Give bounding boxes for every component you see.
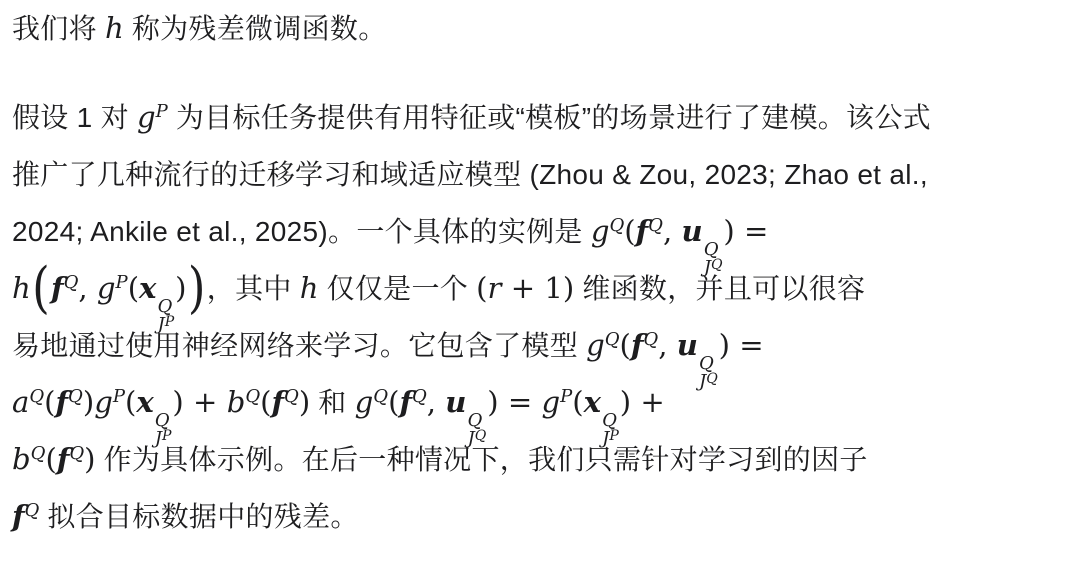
math-symbol: ) bbox=[299, 385, 310, 419]
math-superscript: Q bbox=[64, 274, 79, 292]
math-big-paren: ( bbox=[32, 261, 50, 316]
math-superscript: Q bbox=[412, 388, 427, 406]
math-var: a bbox=[12, 385, 29, 419]
math-expression: aQ(fQ)gP(xQJP) + bQ(fQ) bbox=[12, 385, 310, 419]
math-expression: gQ(fQ, uQJQ) = bbox=[586, 328, 764, 362]
text-line: fQ 拟合目标数据中的残差。 bbox=[12, 488, 1068, 545]
math-symbol: ) bbox=[620, 385, 631, 419]
math-var: h bbox=[105, 11, 124, 45]
math-superscript: Q bbox=[31, 445, 46, 463]
text-run: ，其中 bbox=[207, 273, 300, 304]
text-line: aQ(fQ)gP(xQJP) + bQ(fQ) 和 gQ(fQ, uQJQ) =… bbox=[12, 374, 1068, 431]
math-var: b bbox=[227, 385, 246, 419]
text-run: 推广了几种流行的迁移学习和域适应模型 (Zhou & Zou, 2023; Zh… bbox=[12, 159, 928, 190]
math-var: Q bbox=[25, 500, 40, 521]
math-vector-var: f bbox=[271, 385, 284, 419]
text-run: 我们将 bbox=[12, 13, 105, 44]
math-var: Q bbox=[64, 272, 79, 293]
math-superscript: Q bbox=[643, 331, 658, 349]
math-superscript: P bbox=[113, 388, 125, 406]
math-var: P bbox=[609, 428, 618, 444]
text-run: 称为残差微调函数。 bbox=[124, 13, 387, 44]
text-run: 假设 1 对 bbox=[12, 102, 137, 133]
math-superscript: Q bbox=[25, 502, 40, 520]
math-var: Q bbox=[69, 443, 84, 464]
math-superscript: Q bbox=[68, 388, 83, 406]
math-expression: h bbox=[300, 271, 319, 305]
math-var: Q bbox=[609, 215, 624, 236]
text-run: 为目标任务提供有用特征或“模板”的场景进行了建模。该公式 bbox=[168, 102, 931, 133]
math-superscript: P bbox=[165, 315, 174, 329]
math-expression: gP bbox=[137, 100, 168, 134]
math-superscript: Q bbox=[69, 445, 84, 463]
math-superscript: P bbox=[560, 388, 572, 406]
math-symbol: + bbox=[184, 385, 227, 419]
math-superscript: Q bbox=[711, 258, 723, 272]
math-var: Q bbox=[284, 386, 299, 407]
math-vector-var: u bbox=[677, 328, 698, 362]
math-var: h bbox=[300, 271, 319, 305]
math-symbol: + bbox=[631, 385, 665, 419]
math-superscript: Q bbox=[475, 429, 487, 443]
math-symbol: , bbox=[427, 385, 446, 419]
math-var: Q bbox=[643, 329, 658, 350]
text-run: 易地通过使用神经网络来学习。它包含了模型 bbox=[12, 330, 586, 361]
math-var: g bbox=[355, 385, 374, 419]
text-line: 假设 1 对 gP 为目标任务提供有用特征或“模板”的场景进行了建模。该公式 bbox=[12, 89, 1068, 146]
math-superscript: P bbox=[156, 103, 168, 121]
math-symbol: ) = bbox=[723, 214, 768, 248]
math-var: P bbox=[165, 314, 174, 330]
math-var: Q bbox=[412, 386, 427, 407]
math-expression: fQ bbox=[12, 499, 39, 533]
math-vector-var: f bbox=[57, 442, 70, 476]
text-line: 推广了几种流行的迁移学习和域适应模型 (Zhou & Zou, 2023; Zh… bbox=[12, 146, 1068, 203]
math-var: g bbox=[137, 100, 156, 134]
math-superscript: P bbox=[609, 429, 618, 443]
math-symbol: ( bbox=[624, 214, 635, 248]
math-symbol: ) bbox=[83, 385, 94, 419]
text-run: 作为具体示例。在后一种情况下，我们只需针对学习到的因子 bbox=[95, 444, 867, 475]
math-var: Q bbox=[711, 257, 723, 273]
math-vector-var: f bbox=[51, 271, 64, 305]
math-var: P bbox=[116, 272, 128, 293]
math-expression: h(fQ, gP(xQJP)) bbox=[12, 271, 207, 305]
math-vector-var: u bbox=[445, 385, 466, 419]
math-superscript: Q bbox=[29, 388, 44, 406]
math-symbol: ( bbox=[260, 385, 271, 419]
math-var: Q bbox=[245, 386, 260, 407]
math-symbol: ) bbox=[175, 271, 186, 305]
math-superscript: Q bbox=[706, 372, 718, 386]
math-symbol: ( bbox=[572, 385, 583, 419]
math-superscript: Q bbox=[245, 388, 260, 406]
math-symbol: ) bbox=[84, 442, 95, 476]
text-run: 仅仅是一个 bbox=[319, 273, 477, 304]
math-var: Q bbox=[29, 386, 44, 407]
math-var: r bbox=[488, 271, 502, 305]
math-superscript: Q bbox=[373, 388, 388, 406]
text-line: h(fQ, gP(xQJP))，其中 h 仅仅是一个 (r + 1) 维函数，并… bbox=[12, 260, 1068, 317]
math-var: P bbox=[162, 428, 171, 444]
text-run: 2024; Ankile et al., 2025)。一个具体的实例是 bbox=[12, 216, 591, 247]
math-vector-var: f bbox=[56, 385, 69, 419]
math-superscript: Q bbox=[284, 388, 299, 406]
math-superscript: Q bbox=[605, 331, 620, 349]
math-expression: (r + 1) bbox=[476, 271, 574, 305]
math-symbol: , bbox=[78, 271, 97, 305]
math-var: b bbox=[12, 442, 31, 476]
math-symbol: ( bbox=[44, 385, 55, 419]
paragraph: 假设 1 对 gP 为目标任务提供有用特征或“模板”的场景进行了建模。该公式推广… bbox=[12, 89, 1068, 545]
math-var: Q bbox=[605, 329, 620, 350]
math-superscript: Q bbox=[609, 217, 624, 235]
math-var: Q bbox=[373, 386, 388, 407]
math-var: Q bbox=[31, 443, 46, 464]
text-line: 我们将 h 称为残差微调函数。 bbox=[12, 0, 1068, 57]
math-vector-var: f bbox=[631, 328, 644, 362]
math-var: g bbox=[97, 271, 116, 305]
text-line: 2024; Ankile et al., 2025)。一个具体的实例是 gQ(f… bbox=[12, 203, 1068, 260]
math-var: Q bbox=[475, 428, 487, 444]
page: 我们将 h 称为残差微调函数。假设 1 对 gP 为目标任务提供有用特征或“模板… bbox=[0, 0, 1080, 565]
math-subscript: JQ bbox=[699, 373, 718, 391]
math-symbol: ) bbox=[172, 385, 183, 419]
math-expression: gQ(fQ, uQJQ) = gP(xQJP) + bbox=[355, 385, 665, 419]
math-var: g bbox=[586, 328, 605, 362]
math-var: Q bbox=[68, 386, 83, 407]
math-symbol: + 1) bbox=[501, 271, 574, 305]
math-expression: gQ(fQ, uQJQ) = bbox=[591, 214, 769, 248]
math-var: P bbox=[156, 101, 168, 122]
math-var: g bbox=[541, 385, 560, 419]
text-run: 维函数，并且可以很容 bbox=[574, 273, 865, 304]
math-superscript: Q bbox=[648, 217, 663, 235]
math-symbol: ( bbox=[125, 385, 136, 419]
paragraph: 我们将 h 称为残差微调函数。 bbox=[12, 0, 1068, 57]
math-symbol: , bbox=[658, 328, 677, 362]
document-body: 我们将 h 称为残差微调函数。假设 1 对 gP 为目标任务提供有用特征或“模板… bbox=[0, 0, 1080, 545]
math-vector-var: x bbox=[584, 385, 601, 419]
text-run: 拟合目标数据中的残差。 bbox=[39, 501, 358, 532]
math-symbol: ( bbox=[476, 271, 487, 305]
math-var: h bbox=[12, 271, 31, 305]
math-symbol: , bbox=[663, 214, 682, 248]
math-symbol: ( bbox=[45, 442, 56, 476]
math-var: g bbox=[591, 214, 610, 248]
math-var: J bbox=[699, 371, 706, 392]
math-vector-var: f bbox=[636, 214, 649, 248]
math-vector-var: f bbox=[399, 385, 412, 419]
math-expression: bQ(fQ) bbox=[12, 442, 95, 476]
math-superscript: P bbox=[116, 274, 128, 292]
math-expression: h bbox=[105, 11, 124, 45]
math-var: g bbox=[94, 385, 113, 419]
math-symbol: ) = bbox=[719, 328, 764, 362]
math-var: Q bbox=[648, 215, 663, 236]
math-var: P bbox=[113, 386, 125, 407]
math-superscript: P bbox=[162, 429, 171, 443]
text-run: 和 bbox=[310, 387, 354, 418]
math-symbol: ) = bbox=[487, 385, 541, 419]
math-symbol: ( bbox=[620, 328, 631, 362]
math-symbol: ( bbox=[128, 271, 139, 305]
math-var: Q bbox=[706, 371, 718, 387]
math-vector-var: x bbox=[136, 385, 153, 419]
math-var: P bbox=[560, 386, 572, 407]
math-supsub-stack: QJQ bbox=[699, 355, 718, 391]
math-vector-var: f bbox=[12, 499, 25, 533]
math-vector-var: u bbox=[681, 214, 702, 248]
math-symbol: ( bbox=[388, 385, 399, 419]
math-big-paren: ) bbox=[188, 261, 206, 316]
math-vector-var: x bbox=[139, 271, 156, 305]
